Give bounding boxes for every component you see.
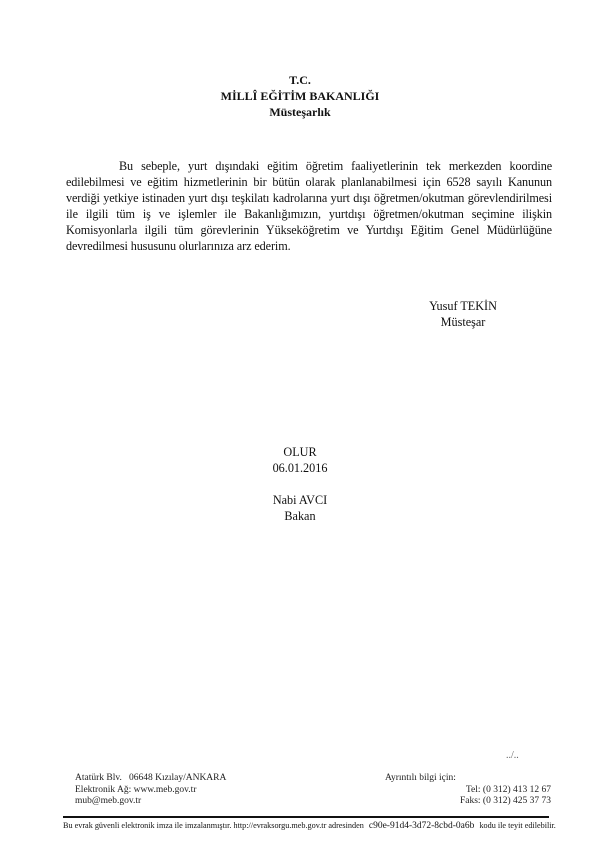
footer-contact: Atatürk Blv. 06648 Kızılay/ANKARA Elektr… xyxy=(75,773,226,808)
approval-block: OLUR 06.01.2016 Nabi AVCI Bakan xyxy=(230,444,370,524)
signer-name: Yusuf TEKİN xyxy=(396,298,530,314)
document-page: T.C. MİLLÎ EĞİTİM BAKANLIĞI Müsteşarlık … xyxy=(0,0,600,849)
verification-code: c90e-91d4-3d72-8cbd-0a6b xyxy=(366,821,478,831)
header-department: Müsteşarlık xyxy=(0,104,600,120)
approval-label: OLUR xyxy=(230,444,370,460)
header-ministry: MİLLÎ EĞİTİM BAKANLIĞI xyxy=(0,88,600,104)
verification-suffix: kodu ile teyit edilebilir. xyxy=(479,821,555,830)
signature-block: Yusuf TEKİN Müsteşar xyxy=(396,298,530,330)
footer-info-title: Ayrıntılı bilgi için: xyxy=(385,773,551,785)
approver-title: Bakan xyxy=(230,508,370,524)
footer-divider xyxy=(63,816,549,818)
approver-name: Nabi AVCI xyxy=(230,492,370,508)
footer-address: Atatürk Blv. 06648 Kızılay/ANKARA xyxy=(75,773,226,785)
approval-date: 06.01.2016 xyxy=(230,460,370,476)
footer-email: mub@meb.gov.tr xyxy=(75,796,226,808)
footer-fax: Faks: (0 312) 425 37 73 xyxy=(385,796,551,808)
verification-note: Bu evrak güvenli elektronik imza ile imz… xyxy=(63,820,553,832)
body-paragraph: Bu sebeple, yurt dışındaki eğitim öğreti… xyxy=(66,158,552,254)
verification-prefix: Bu evrak güvenli elektronik imza ile imz… xyxy=(63,821,364,830)
footer-tel: Tel: (0 312) 413 12 67 xyxy=(385,785,551,797)
continuation-mark: ../.. xyxy=(506,750,519,761)
footer-info: Ayrıntılı bilgi için: Tel: (0 312) 413 1… xyxy=(385,773,551,808)
header-state: T.C. xyxy=(0,72,600,88)
document-header: T.C. MİLLÎ EĞİTİM BAKANLIĞI Müsteşarlık xyxy=(0,72,600,120)
signer-title: Müsteşar xyxy=(396,314,530,330)
footer-web: Elektronik Ağ: www.meb.gov.tr xyxy=(75,785,226,797)
